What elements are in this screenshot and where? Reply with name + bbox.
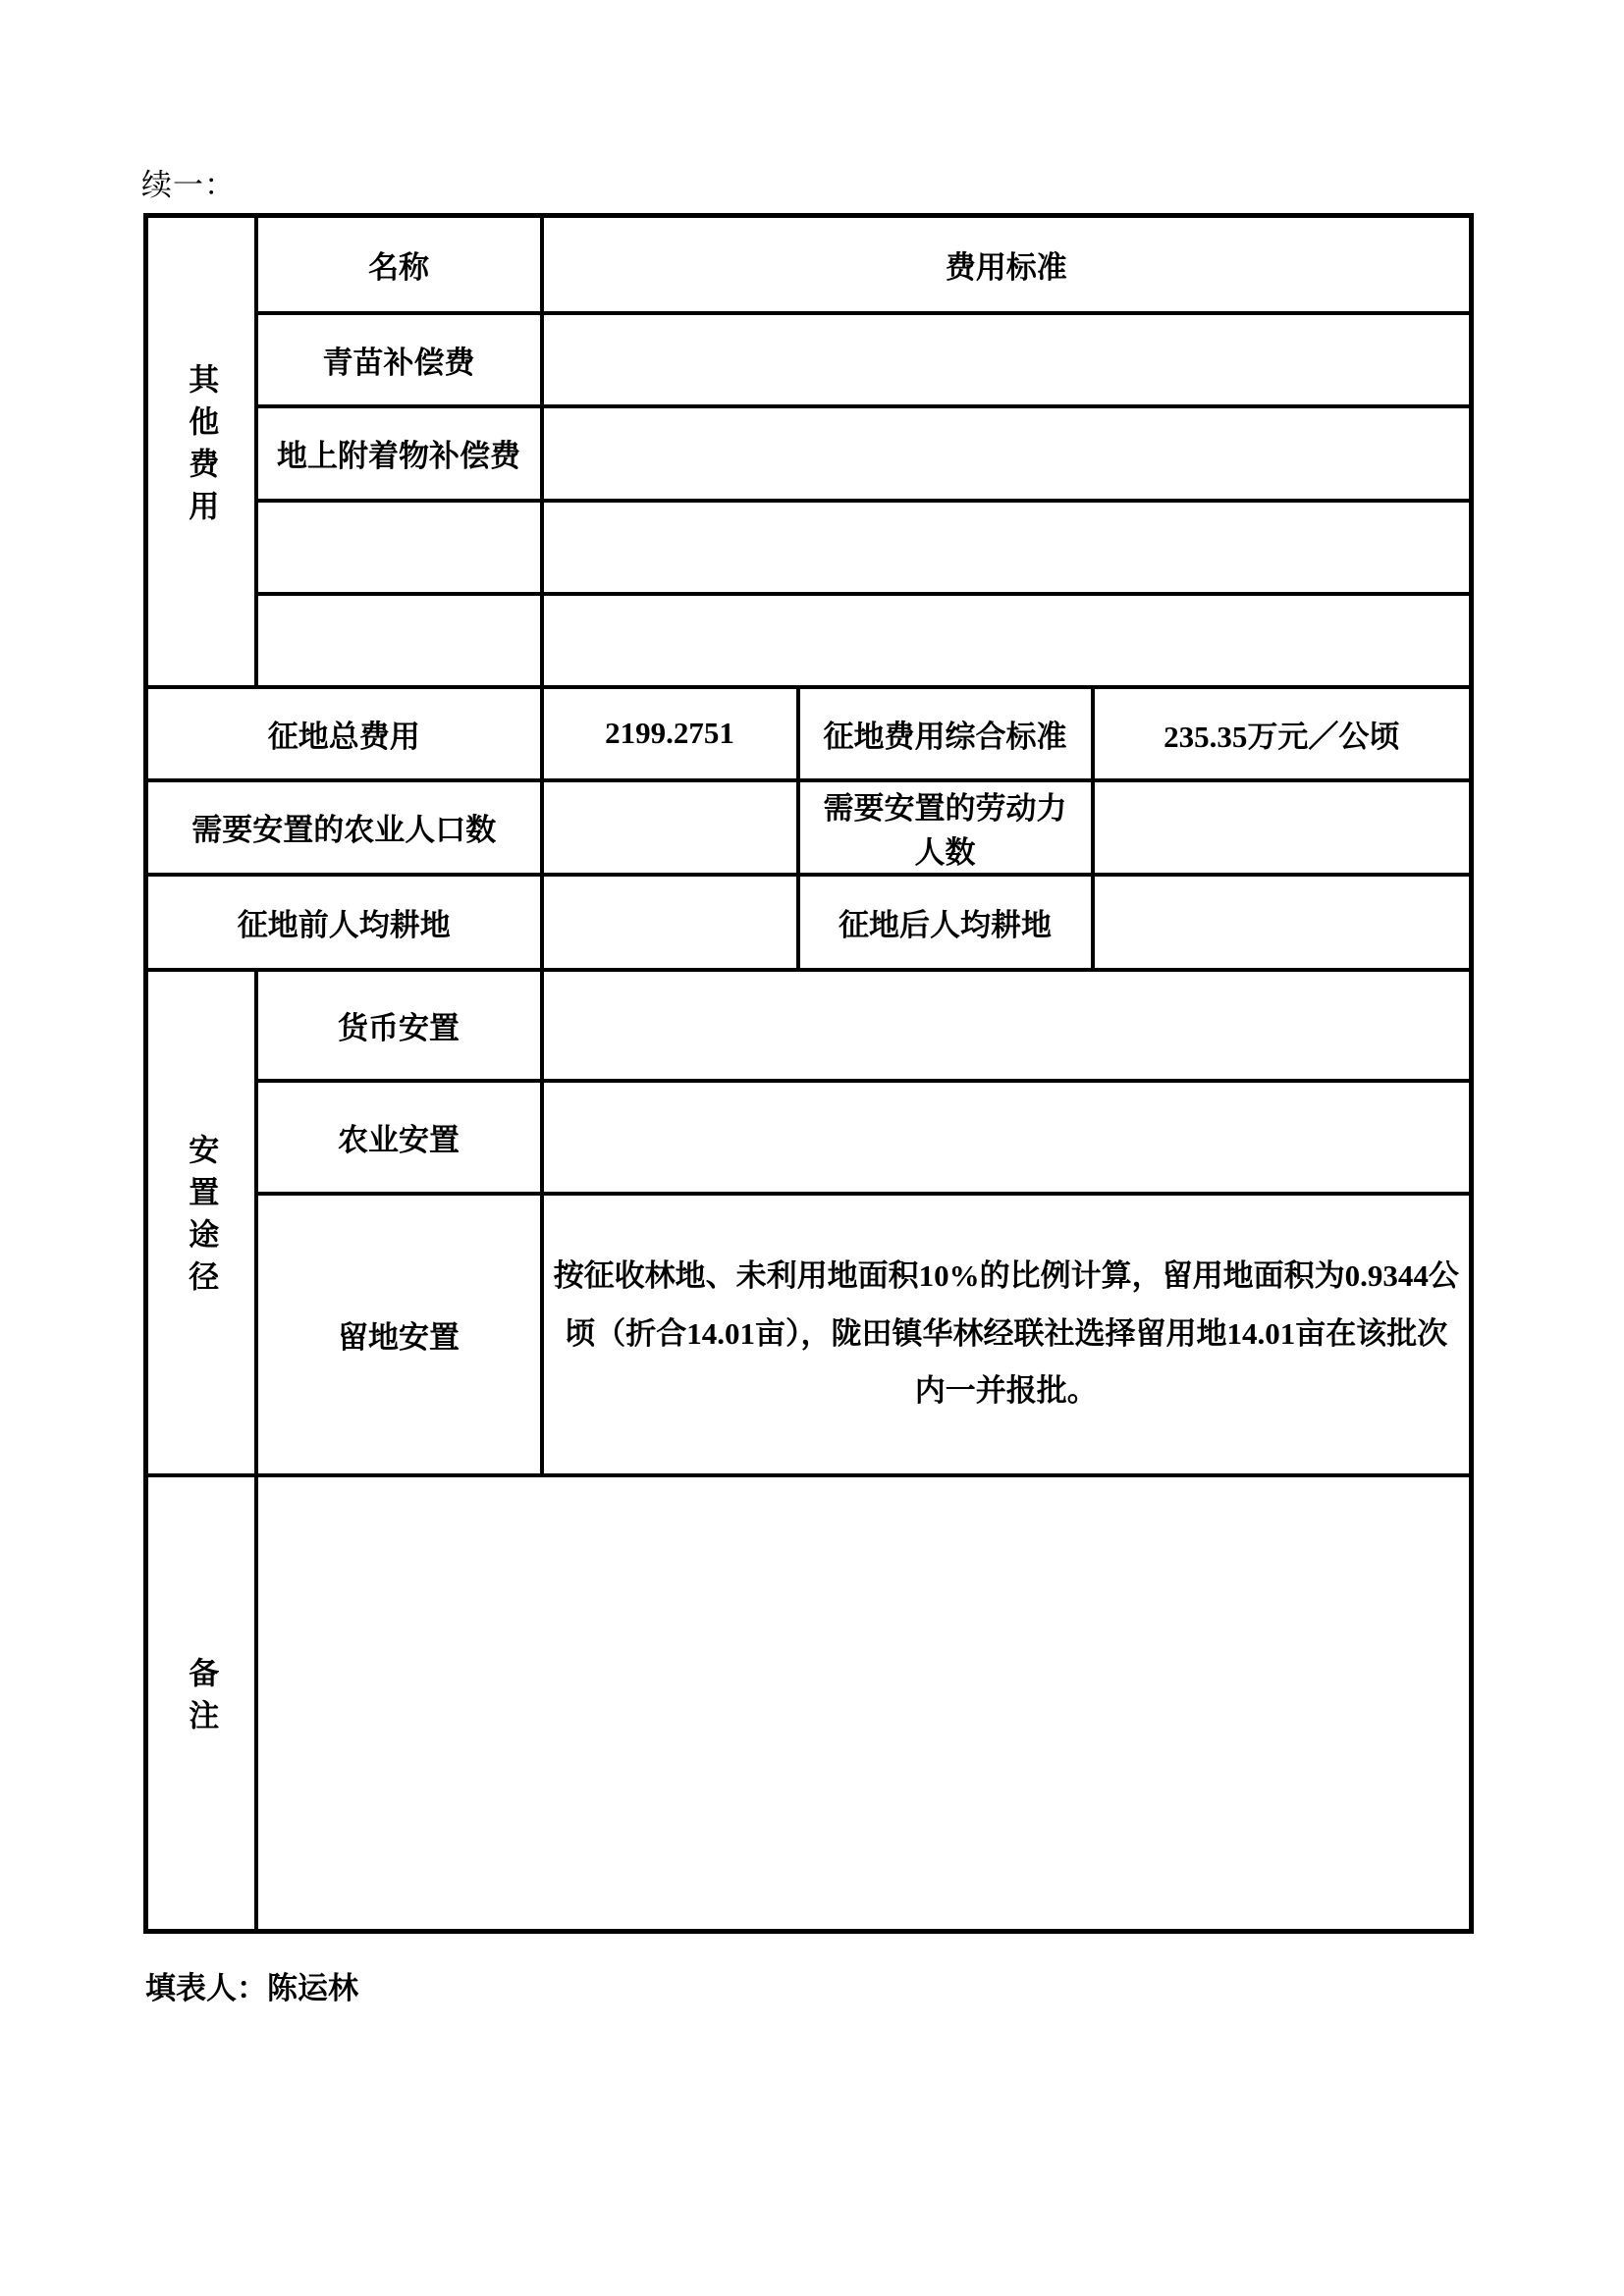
table-row-header: 其他费用 名称 费用标准 (146, 216, 1472, 313)
agricultural-resettlement-label-cell: 农业安置 (256, 1081, 542, 1194)
table-row-fee (146, 501, 1472, 594)
land-retention-label-cell: 留地安置 (256, 1194, 542, 1475)
farmland-after-value-cell (1093, 875, 1472, 970)
monetary-resettlement-label-cell: 货币安置 (256, 970, 542, 1081)
farmland-before-label-cell: 征地前人均耕地 (146, 875, 542, 970)
fee-standard-cell (542, 406, 1472, 501)
monetary-resettlement-value-cell (542, 970, 1472, 1081)
resettlement-section-label: 安置途径 (186, 1134, 216, 1303)
fee-name-cell: 青苗补偿费 (256, 313, 542, 406)
fee-standard-cell (542, 313, 1472, 406)
agricultural-population-label-cell: 需要安置的农业人口数 (146, 780, 542, 875)
resettlement-section-cell: 安置途径 (146, 970, 256, 1475)
comprehensive-standard-value-cell: 235.35万元／公顷 (1093, 687, 1472, 780)
table-row-fee (146, 594, 1472, 687)
land-acquisition-continuation-table: 其他费用 名称 费用标准 青苗补偿费 地上附着物补偿费 征地总费用 2199.2… (143, 213, 1474, 1934)
land-retention-value-cell: 按征收林地、未利用地面积10%的比例计算，留用地面积为0.9344公顷（折合14… (542, 1194, 1472, 1475)
table-row-resettlement: 安置途径 货币安置 (146, 970, 1472, 1081)
fee-standard-cell (542, 594, 1472, 687)
continuation-label: 续一： (141, 160, 236, 204)
labor-force-value-cell (1093, 780, 1472, 875)
total-fee-label-cell: 征地总费用 (146, 687, 542, 780)
total-fee-value-cell: 2199.2751 (542, 687, 798, 780)
other-fees-section-cell: 其他费用 (146, 216, 256, 687)
preparer-name: 陈运林 (267, 1971, 358, 2005)
labor-force-label-cell: 需要安置的劳动力人数 (798, 780, 1093, 875)
table-row-remarks: 备注 (146, 1475, 1472, 1932)
header-standard-cell: 费用标准 (542, 216, 1472, 313)
table-row-farmland: 征地前人均耕地 征地后人均耕地 (146, 875, 1472, 970)
farmland-after-label-cell: 征地后人均耕地 (798, 875, 1093, 970)
table-row-fee: 地上附着物补偿费 (146, 406, 1472, 501)
fee-standard-cell (542, 501, 1472, 594)
other-fees-section-label: 其他费用 (186, 363, 216, 532)
document-page: 续一： 其他费用 名称 费用标准 青苗补偿费 地上附着物补偿费 (0, 0, 1624, 2296)
table-row-resettlement: 农业安置 (146, 1081, 1472, 1194)
remarks-value-cell (256, 1475, 1472, 1932)
remarks-section-label: 备注 (186, 1657, 216, 1741)
farmland-before-value-cell (542, 875, 798, 970)
header-name-cell: 名称 (256, 216, 542, 313)
remarks-section-cell: 备注 (146, 1475, 256, 1932)
table-row-total-fee: 征地总费用 2199.2751 征地费用综合标准 235.35万元／公顷 (146, 687, 1472, 780)
fee-name-cell: 地上附着物补偿费 (256, 406, 542, 501)
agricultural-population-value-cell (542, 780, 798, 875)
comprehensive-standard-label-cell: 征地费用综合标准 (798, 687, 1093, 780)
fee-name-cell (256, 594, 542, 687)
agricultural-resettlement-value-cell (542, 1081, 1472, 1194)
table-row-population: 需要安置的农业人口数 需要安置的劳动力人数 (146, 780, 1472, 875)
preparer-label: 填表人： (145, 1971, 267, 2005)
preparer-line: 填表人：陈运林 (145, 1963, 358, 2007)
table-row-fee: 青苗补偿费 (146, 313, 1472, 406)
table-row-resettlement: 留地安置 按征收林地、未利用地面积10%的比例计算，留用地面积为0.9344公顷… (146, 1194, 1472, 1475)
fee-name-cell (256, 501, 542, 594)
